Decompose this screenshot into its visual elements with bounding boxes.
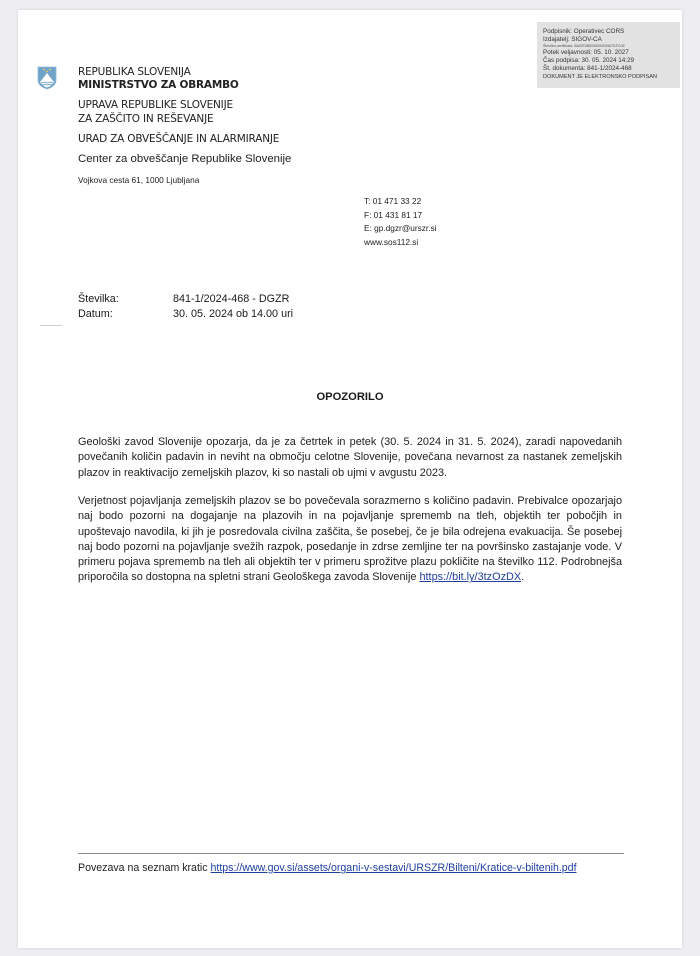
issuer: Izdajatelj: SIGOV-CA	[543, 36, 680, 44]
electronic-signature-box: Podpisnik: Operativec CORS Izdajatelj: S…	[537, 22, 680, 88]
republic-name: REPUBLIKA SLOVENIJA	[78, 66, 191, 78]
abbreviations-link[interactable]: https://www.gov.si/assets/organi-v-sesta…	[211, 862, 577, 874]
ministry-name: MINISTRSTVO ZA OBRAMBO	[78, 79, 239, 91]
paragraph-2: Verjetnost pojavljanja zemeljskih plazov…	[78, 494, 622, 586]
contact-block: T: 01 471 33 22 F: 01 431 81 17 E: gp.dg…	[364, 195, 437, 249]
administration-line-2: ZA ZAŠČITO IN REŠEVANJE	[78, 112, 233, 126]
paragraph-2-text: Verjetnost pojavljanja zemeljskih plazov…	[78, 495, 622, 583]
center-name: Center za obveščanje Republike Slovenije	[78, 153, 291, 165]
document-title: OPOZORILO	[0, 391, 700, 403]
geological-survey-link[interactable]: https://bit.ly/3tzOzDX	[419, 571, 521, 583]
signer: Podpisnik: Operativec CORS	[543, 28, 680, 36]
footer-label: Povezava na seznam kratic	[78, 862, 208, 874]
document-number: Št. dokumenta: 841-1/2024-468	[543, 65, 680, 73]
office-name: URAD ZA OBVEŠČANJE IN ALARMIRANJE	[78, 133, 279, 145]
email: E: gp.dgzr@urszr.si	[364, 222, 437, 236]
number-label: Številka:	[78, 292, 173, 307]
phone: T: 01 471 33 22	[364, 195, 437, 209]
footer: Povezava na seznam kratic https://www.go…	[78, 862, 577, 874]
administration-line-1: UPRAVA REPUBLIKE SLOVENIJE	[78, 98, 233, 112]
website: www.sos112.si	[364, 236, 437, 250]
date-value: 30. 05. 2024 ob 14.00 uri	[173, 307, 293, 322]
signature-status: DOKUMENT JE ELEKTRONSKO PODPISAN	[543, 73, 680, 81]
paragraph-1: Geološki zavod Slovenije opozarja, da je…	[78, 435, 622, 481]
document-meta: Številka: 841-1/2024-468 - DGZR Datum: 3…	[78, 292, 293, 321]
fax: F: 01 431 81 17	[364, 209, 437, 223]
signed-at: Čas podpisa: 30. 05. 2024 14:29	[543, 57, 680, 65]
administration-name: UPRAVA REPUBLIKE SLOVENIJE ZA ZAŠČITO IN…	[78, 98, 233, 126]
slovenia-coat-of-arms-icon	[37, 66, 57, 90]
number-value: 841-1/2024-468 - DGZR	[173, 292, 289, 307]
divider	[40, 325, 62, 326]
date-label: Datum:	[78, 307, 173, 322]
valid-until: Potek veljavnosti: 05. 10. 2027	[543, 49, 680, 57]
address: Vojkova cesta 61, 1000 Ljubljana	[78, 175, 199, 185]
paragraph-2-end: .	[521, 571, 524, 583]
footer-divider	[78, 853, 624, 854]
